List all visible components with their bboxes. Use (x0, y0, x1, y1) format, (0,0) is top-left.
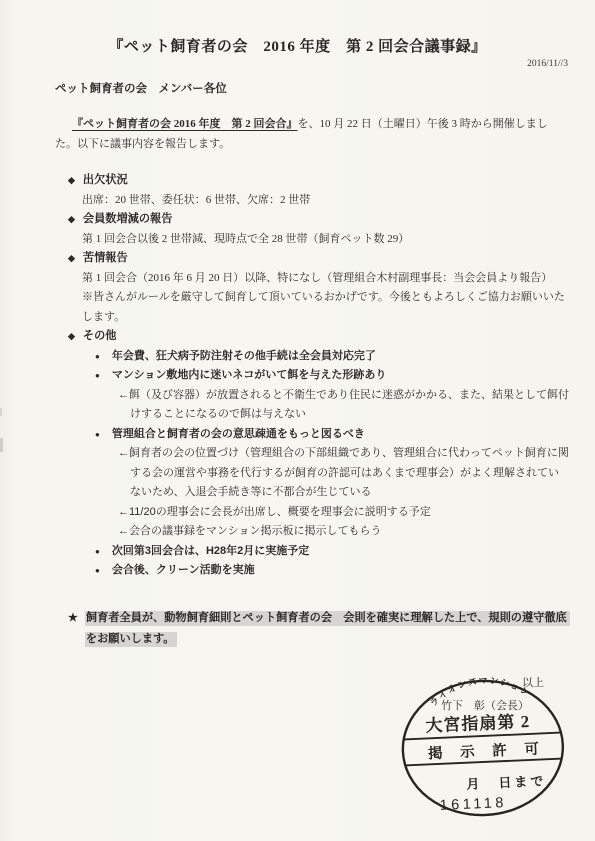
stamp-building-name: 大宮指扇第 2 (425, 711, 531, 736)
intro-line2: た。以下に議事内容を報告します。 (55, 135, 569, 155)
section-heading: 出欠状況 (83, 171, 128, 191)
diamond-bullet-icon: ◆ (68, 249, 75, 269)
other-item-text: 管理組合と飼育者の会の意思疎通をもっと図るべき (112, 425, 365, 445)
other-item: ● 年会費、狂犬病予防注射その他手続は全会員対応完了 (95, 347, 569, 367)
section-heading-row: ◆ 会員数増減の報告 (68, 210, 569, 230)
section-heading-row: ◆ 苦情報告 (68, 249, 569, 269)
addressee-line: ペット飼育者の会 メンバー各位 (55, 80, 595, 96)
other-item: ● 次回第3回会合は、H28年2月に実施予定 (95, 542, 569, 562)
section-complaints: ◆ 苦情報告 第 1 回会合（2016 年 6 月 20 日）以降、特になし（管… (55, 249, 569, 327)
other-item: ● マンション敷地内に迷いネコがいて餌を与えた形跡あり (95, 366, 569, 386)
other-item-text: 年会費、狂犬病予防注射その他手続は全会員対応完了 (112, 347, 376, 367)
diamond-bullet-icon: ◆ (68, 327, 75, 347)
diamond-bullet-icon: ◆ (68, 171, 75, 191)
diamond-bullet-icon: ◆ (68, 210, 75, 230)
intro-paragraph: 『ペット飼育者の会 2016 年度 第 2 回会合』を、10 月 22 日（土曜… (55, 115, 569, 154)
dot-bullet-icon: ● (95, 542, 100, 562)
other-item-text: 次回第3回会合は、H28年2月に実施予定 (112, 542, 309, 562)
membership-detail: 第 1 回会合以後 2 世帯減、現時点で全 28 世帯（飼育ペット数 29） (82, 230, 569, 250)
section-other: ◆ その他 ● 年会費、狂犬病予防注射その他手続は全会員対応完了 ● マンション… (55, 327, 569, 581)
complaints-note: ※皆さんがルールを厳守して飼育して頂いているおかげです。今後ともよろしくご協力お… (82, 288, 569, 327)
stamp-graphic: ライオンズマンション 大宮指扇第 2 掲 示 許 可 月 日まで 161118 (396, 674, 570, 823)
section-attendance: ◆ 出欠状況 出席：20 世帯、委任状：6 世帯、欠席：2 世帯 (55, 171, 569, 210)
complaints-detail: 第 1 回会合（2016 年 6 月 20 日）以降、特になし（管理組合木村副理… (82, 269, 569, 289)
attendance-detail: 出席：20 世帯、委任状：6 世帯、欠席：2 世帯 (82, 191, 569, 211)
other-item: ● 会合後、クリーン活動を実施 (95, 561, 569, 581)
stamp-permission-text: 掲 示 許 可 (428, 739, 547, 762)
document-date: 2016/11//3 (0, 59, 595, 69)
other-item-subnote: ←11/20の理事会に会長が出席し、概要を理事会に説明する予定 (118, 503, 569, 523)
intro-line1: 『ペット飼育者の会 2016 年度 第 2 回会合』を、10 月 22 日（土曜… (55, 115, 569, 135)
stamp-arc-text: ライオンズマンション (427, 674, 533, 708)
section-membership: ◆ 会員数増減の報告 第 1 回会合以後 2 世帯減、現時点で全 28 世帯（飼… (55, 210, 569, 249)
notice-block: ★ 飼育者全員が、動物飼育細則とペット飼育者の会 会則を確実に理解した上で、規則… (68, 608, 569, 651)
section-heading-row: ◆ 出欠状況 (68, 171, 569, 191)
section-heading: 会員数増減の報告 (83, 210, 173, 230)
document-title: 『ペット飼育者の会 2016 年度 第 2 回会合議事録』 (0, 0, 595, 56)
other-item-text: マンション敷地内に迷いネコがいて餌を与えた形跡あり (112, 366, 387, 386)
other-item-text: 会合後、クリーン活動を実施 (112, 561, 255, 581)
section-heading: その他 (83, 327, 117, 347)
other-item-subnote: ←飼育者の会の位置づけ（管理組合の下部組織であり、管理組合に代わってペット飼育に… (118, 444, 569, 503)
dot-bullet-icon: ● (95, 347, 100, 367)
star-marker-icon: ★ (68, 608, 78, 630)
other-item-subnote: ←会合の議事録をマンション掲示板に掲示してもらう (118, 522, 569, 542)
meeting-title-underlined: 『ペット飼育者の会 2016 年度 第 2 回会合』 (72, 118, 298, 130)
scanned-meeting-minutes-page: 『ペット飼育者の会 2016 年度 第 2 回会合議事録』 2016/11//3… (0, 0, 595, 841)
other-item-subnote: ←餌（及び容器）が放置されると不衛生であり住民に迷惑がかかる、また、結果として餌… (118, 386, 569, 425)
stamp-valid-until: 月 日まで (466, 773, 547, 791)
intro-line1-rest: を、10 月 22 日（土曜日）午後 3 時から開催しまし (298, 118, 548, 130)
section-heading-row: ◆ その他 (68, 327, 569, 347)
dot-bullet-icon: ● (95, 425, 100, 445)
notice-text-wrap: 飼育者全員が、動物飼育細則とペット飼育者の会 会則を確実に理解した上で、規則の遵… (85, 608, 569, 651)
scan-speck (514, 276, 517, 279)
dot-bullet-icon: ● (95, 366, 100, 386)
scan-speck (0, 408, 2, 416)
minutes-body: ◆ 出欠状況 出席：20 世帯、委任状：6 世帯、欠席：2 世帯 ◆ 会員数増減… (55, 171, 569, 717)
stamp-date-number: 161118 (439, 795, 507, 814)
notice-highlighted-text: 飼育者全員が、動物飼育細則とペット飼育者の会 会則を確実に理解した上で、規則の遵… (85, 611, 570, 648)
dot-bullet-icon: ● (95, 561, 100, 581)
section-heading: 苦情報告 (83, 249, 128, 269)
approval-stamp: ライオンズマンション 大宮指扇第 2 掲 示 許 可 月 日まで 161118 (396, 674, 570, 828)
other-item: ● 管理組合と飼育者の会の意思疎通をもっと図るべき (95, 425, 569, 445)
scan-speck (0, 438, 3, 452)
